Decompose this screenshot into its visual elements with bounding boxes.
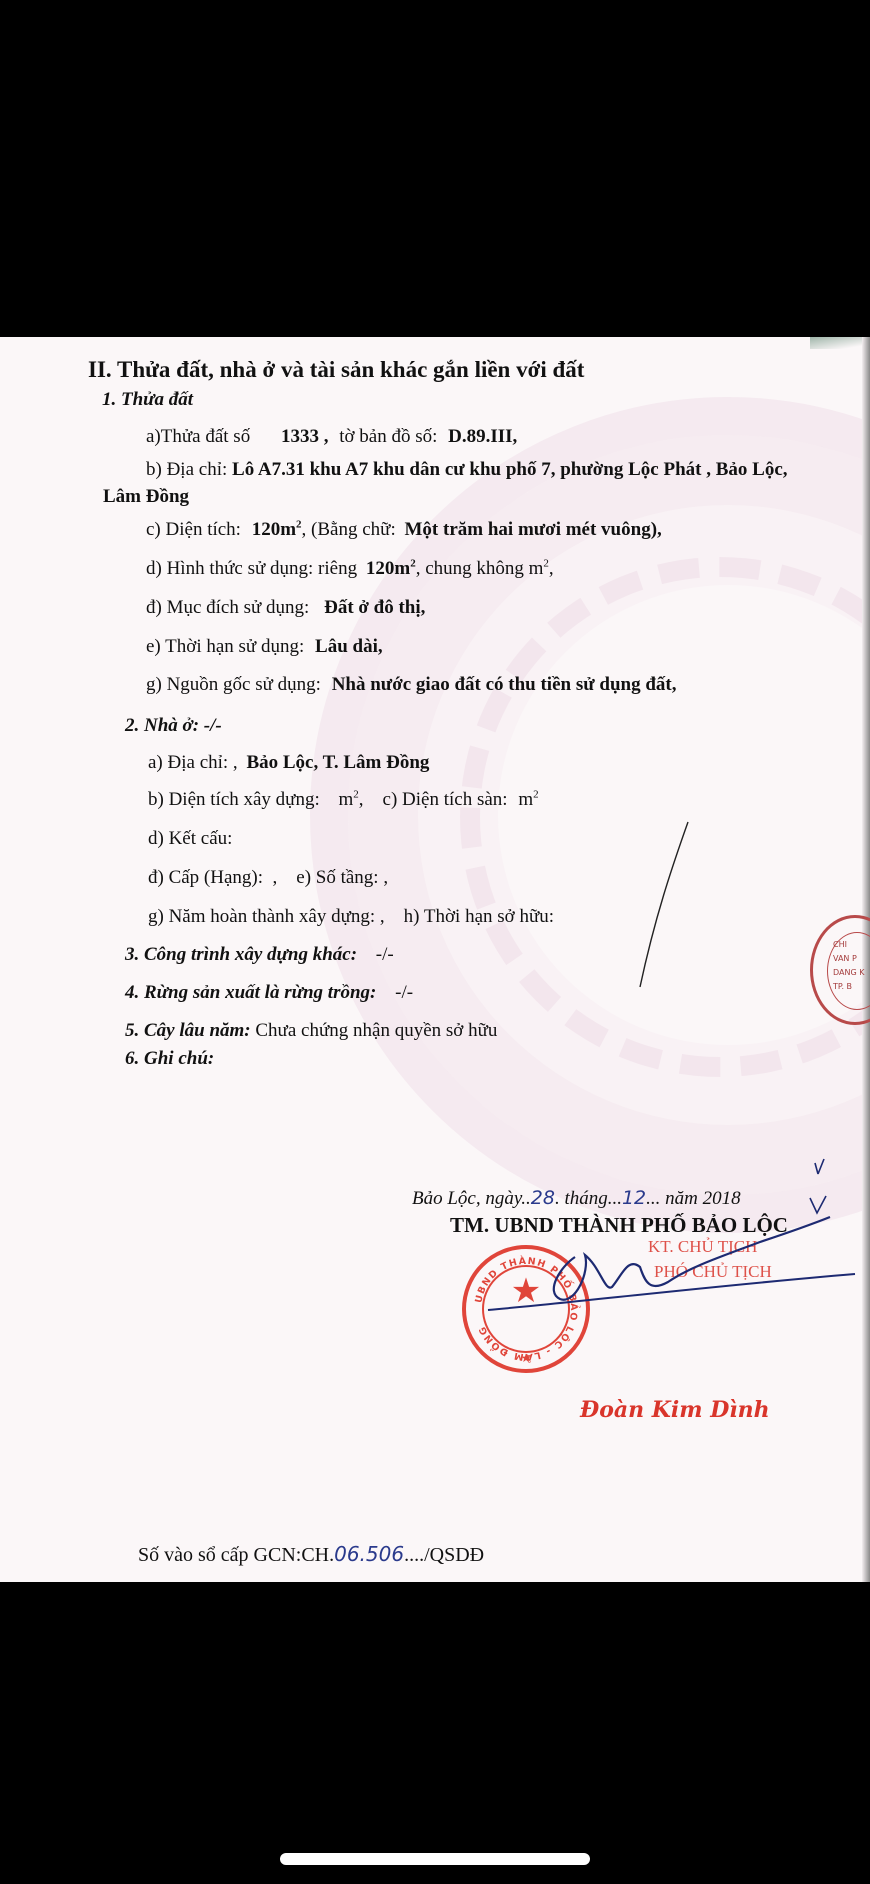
registry-number-handwritten: 06.506 (334, 1542, 404, 1566)
area-row: c) Diện tích: 120m2, (Bằng chữ: Một trăm… (146, 519, 662, 541)
signer-title-1: KT. CHỦ TỊCH (648, 1237, 757, 1257)
house-address-row: a) Địa chỉ: , Bảo Lộc, T. Lâm Đồng (148, 752, 429, 774)
purpose-value: Đất ở đô thị, (324, 597, 425, 618)
registry-number: Số vào sổ cấp GCN:CH.06.506..../QSDĐ (138, 1542, 484, 1567)
date-line: Bảo Lộc, ngày..28. tháng...12... năm 201… (412, 1187, 741, 1210)
house-heading: 2. Nhà ở: -/- (125, 715, 222, 737)
official-seal: UBND THÀNH PHỐ BẢO LỘC - LÂM ĐỒNG ★ ★ (462, 1245, 590, 1373)
notes-heading: 6. Ghi chú: (125, 1048, 214, 1070)
signer-name: Đoàn Kim Dình (580, 1397, 770, 1423)
origin-value: Nhà nước giao đất có thu tiền sử dụng đấ… (332, 674, 677, 695)
map-sheet-number: D.89.III, (448, 426, 517, 447)
land-heading: 1. Thửa đất (102, 389, 193, 411)
certificate-page: II. Thửa đất, nhà ở và tài sản khác gắn … (0, 337, 870, 1582)
term-value: Lâu dài, (315, 636, 383, 657)
term-row: e) Thời hạn sử dụng: Lâu dài, (146, 636, 383, 658)
parcel-number: 1333 , (281, 426, 329, 447)
address-value-line2: Lâm Đồng (103, 486, 189, 508)
month-handwritten: 12 (622, 1187, 646, 1209)
authority-title: TM. UBND THÀNH PHỐ BẢO LỘC (450, 1213, 788, 1238)
parcel-row: a)Thửa đất số 1333 , tờ bản đồ số: D.89.… (146, 426, 517, 448)
perennial-row: 5. Cây lâu năm: Chưa chứng nhận quyền sở… (125, 1020, 497, 1042)
page-corner (810, 337, 870, 349)
other-works-row: 3. Công trình xây dựng khác: -/- (125, 944, 394, 966)
star-emblem-icon: ★ (466, 1271, 586, 1311)
address-row: b) Địa chỉ: Lô A7.31 khu A7 khu dân cư k… (146, 459, 788, 481)
area-in-words: Một trăm hai mươi mét vuông), (405, 519, 662, 540)
structure-row: d) Kết cấu: (148, 828, 232, 850)
house-area-row: b) Diện tích xây dựng: m2, c) Diện tích … (148, 789, 539, 811)
year-row: g) Năm hoàn thành xây dựng: , h) Thời hạ… (148, 906, 554, 928)
forest-row: 4. Rừng sản xuất là rừng trồng: -/- (125, 982, 413, 1004)
purpose-row: đ) Mục đích sử dụng: Đất ở đô thị, (146, 597, 425, 619)
seal-star-icon: ★ (466, 1351, 586, 1365)
area-value: 120m2 (252, 519, 302, 540)
usage-form-row: d) Hình thức sử dụng: riêng 120m2, chung… (146, 558, 554, 580)
signer-title-2: PHÓ CHỦ TỊCH (654, 1262, 772, 1282)
section-title: II. Thửa đất, nhà ở và tài sản khác gắn … (88, 357, 584, 383)
origin-row: g) Nguồn gốc sử dụng: Nhà nước giao đất … (146, 674, 676, 696)
address-value: Lô A7.31 khu A7 khu dân cư khu phố 7, ph… (232, 459, 787, 480)
home-indicator[interactable] (280, 1853, 590, 1865)
grade-row: đ) Cấp (Hạng): , e) Số tầng: , (148, 867, 388, 889)
day-handwritten: 28 (531, 1187, 555, 1209)
